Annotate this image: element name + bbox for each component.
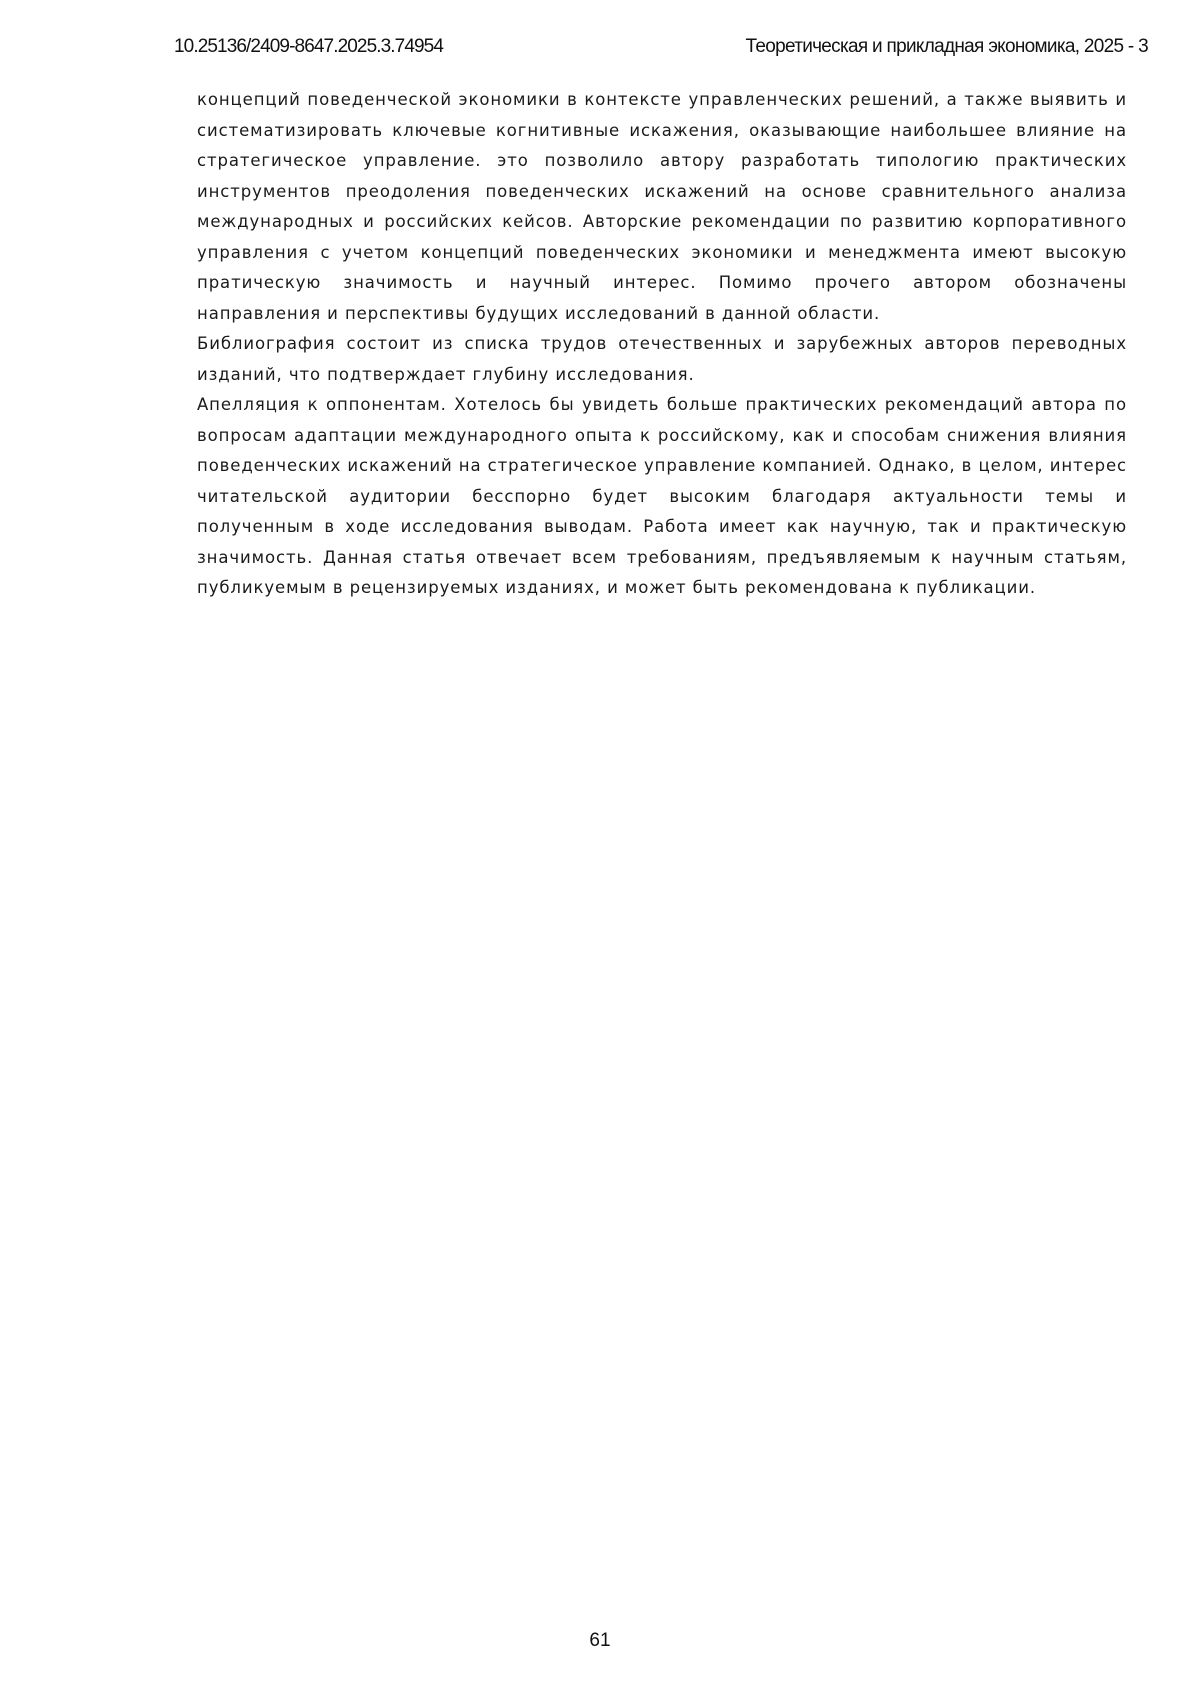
- review-body: концепций поведенческой экономики в конт…: [197, 85, 1127, 604]
- paragraph-conclusions: концепций поведенческой экономики в конт…: [197, 85, 1127, 329]
- paragraph-appeal-to-opponents: Апелляция к оппонентам. Хотелось бы увид…: [197, 390, 1127, 604]
- doi-header: 10.25136/2409-8647.2025.3.74954: [174, 36, 443, 58]
- paragraph-bibliography: Библиография состоит из списка трудов от…: [197, 329, 1127, 390]
- page-number: 61: [0, 1630, 1200, 1652]
- journal-header: Теоретическая и прикладная экономика, 20…: [746, 36, 1148, 58]
